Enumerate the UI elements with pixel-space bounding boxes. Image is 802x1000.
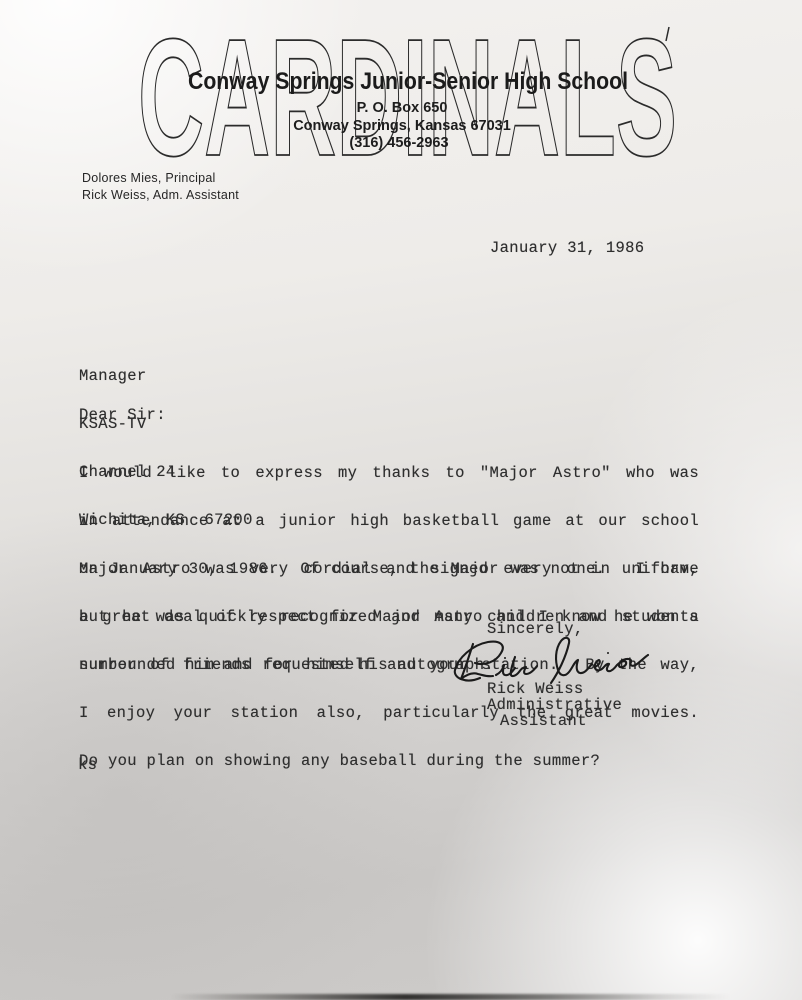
staff-assistant: Rick Weiss, Adm. Assistant <box>82 188 239 202</box>
paragraph-line: Do you plan on showing any baseball duri… <box>79 753 699 769</box>
city-line: Conway Springs, Kansas 67031 <box>293 118 511 134</box>
paragraph-line: in attendance at a junior high basketbal… <box>79 513 699 529</box>
photo-bottom-edge <box>170 994 730 1000</box>
recipient-line: Manager <box>79 368 253 384</box>
school-name: Conway Springs Junior-Senior High School <box>188 68 628 95</box>
date-line: January 31, 1986 <box>490 240 644 256</box>
staff-principal: Dolores Mies, Principal <box>82 171 216 185</box>
phone-line: (316) 456-2963 <box>349 135 448 151</box>
signer-title-1: Administrative <box>487 697 622 713</box>
typist-initials: ks <box>78 757 97 773</box>
signer-name: Rick Weiss <box>487 681 584 697</box>
paragraph-line: a great deal of respect for Major Astro … <box>79 609 699 625</box>
letter-photo: CARDINALS Conway Springs Junior-Senior H… <box>0 0 802 1000</box>
cardinals-outline-text: CARDINALS <box>138 5 677 191</box>
signer-title-2: Assistant <box>500 713 587 729</box>
paragraph-line: Major Astro was very cordial and signed … <box>79 561 699 577</box>
paragraph-line: I would like to express my thanks to "Ma… <box>79 465 699 481</box>
po-box-line: P. O. Box 650 <box>357 100 448 116</box>
salutation: Dear Sir: <box>79 407 166 423</box>
